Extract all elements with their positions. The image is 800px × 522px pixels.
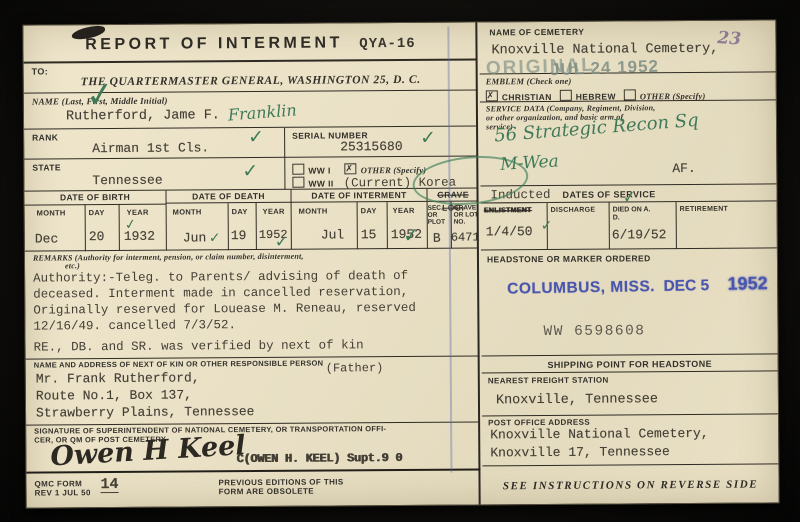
to-value: THE QUARTERMASTER GENERAL, WASHINGTON 25… — [24, 73, 478, 88]
dates-of-service-header: DATES OF SERVICE — [562, 189, 655, 200]
dates-table: DATE OF BIRTH DATE OF DEATH DATE OF INTE… — [24, 188, 478, 251]
service-handwritten-line2: M-Wea — [500, 152, 559, 173]
post-office-section: POST OFFICE ADDRESS Knoxville National C… — [482, 414, 778, 466]
state-label: STATE — [32, 162, 61, 172]
enlistment-value: 1/4/50 — [486, 224, 533, 239]
kin-line: Strawberry Plains, Tennessee — [36, 404, 255, 421]
grave-no-label: GRAVE OR LOT NO. — [454, 204, 479, 225]
interment-day-label: DAY — [361, 207, 377, 216]
interment-header: DATE OF INTERMENT — [290, 189, 426, 203]
enlistment-label: ENLISTMENT — [484, 207, 532, 216]
headstone-section: HEADSTONE OR MARKER ORDERED WW 6598608 — [481, 248, 778, 356]
emblem-label: EMBLEM (Check one) — [486, 76, 572, 87]
died-on-ad-value: 6/19/52 — [612, 227, 667, 242]
next-of-kin-section: NAME AND ADDRESS OF NEXT OF KIN OR OTHER… — [26, 356, 480, 425]
death-year-value: 1952 — [259, 228, 288, 243]
remarks-line: Originally reserved for Louease M. Renea… — [33, 301, 416, 318]
shipping-header: SHIPPING POINT FOR HEADSTONE — [482, 358, 778, 370]
freight-station-value: Knoxville, Tennessee — [496, 392, 658, 408]
birth-month-label: MONTH — [37, 209, 66, 218]
form-code: QYA-16 — [359, 36, 416, 52]
form-footer: QMC FORM REV 1 JUL 50 14 PREVIOUS EDITIO… — [26, 470, 480, 507]
rank-value: Airman 1st Cls. — [92, 140, 209, 156]
serial-value: 25315680 — [340, 139, 403, 154]
inducted-typed-annotation: Inducted — [490, 188, 550, 203]
grave-loc-header: GRAVE LOC. — [426, 188, 478, 201]
emblem-section: EMBLEM (Check one) ✗CHRISTIAN✗HEBREW✗OTH… — [480, 72, 776, 102]
rank-serial-divider — [284, 128, 285, 158]
name-value: Rutherford, Jame F. — [66, 108, 220, 124]
state-value: Tennessee — [92, 173, 162, 188]
headstone-order-number: WW 6598608 — [543, 323, 645, 340]
interment-year-label: YEAR — [393, 207, 415, 216]
name-row: NAME (Last, First, Middle Initial) Ruthe… — [24, 90, 478, 129]
freight-station-section: NEAREST FREIGHT STATION Knoxville, Tenne… — [482, 371, 778, 416]
freight-station-label: NEAREST FREIGHT STATION — [488, 376, 609, 387]
shipping-header-row: SHIPPING POINT FOR HEADSTONE — [482, 354, 778, 373]
stamp-day: DEC 5 — [663, 277, 709, 295]
discharge-label: DISCHARGE — [551, 207, 596, 216]
christian-label: CHRISTIAN — [502, 92, 552, 102]
interment-form-document: REPORT OF INTERMENT QYA-16 TO: THE QUART… — [22, 19, 779, 508]
ww2-checkbox: ✗ — [292, 177, 304, 188]
interment-day-value: 15 — [361, 227, 377, 242]
service-branch-value: AF. — [672, 161, 696, 176]
death-month-value: Jun — [183, 230, 207, 245]
grave-no-value: 6471 — [451, 230, 480, 245]
retirement-label: RETIREMENT — [680, 206, 729, 215]
right-column: NAME OF CEMETERY Knoxville National Ceme… — [479, 20, 778, 504]
obsolete-note-line2: FORM ARE OBSOLETE — [219, 487, 314, 498]
remarks-line: Authority:-Teleg. to Parents/ advising o… — [33, 269, 408, 286]
hebrew-label: HEBREW — [576, 91, 616, 101]
kin-line: Route No.1, Box 137, — [36, 387, 192, 403]
cemetery-value: Knoxville National Cemetery, — [491, 42, 718, 59]
interment-month-label: MONTH — [299, 208, 328, 217]
kin-relation: (Father) — [326, 361, 384, 375]
stamp-year: 1952 — [727, 273, 767, 294]
rank-label: RANK — [32, 132, 58, 142]
remarks-verification: RE., DB. and SR. was verified by next of… — [34, 338, 364, 354]
state-war-divider — [284, 158, 285, 190]
birth-day-value: 20 — [89, 229, 105, 244]
name-handwritten-annotation: Franklin — [227, 101, 297, 124]
remarks-line: deceased. Interment made in cancelled re… — [33, 285, 408, 302]
form-title: REPORT OF INTERMENT — [85, 34, 343, 53]
remarks-label-2: etc.) — [65, 261, 80, 271]
cemetery-label: NAME OF CEMETERY — [489, 27, 584, 38]
left-column: REPORT OF INTERMENT QYA-16 TO: THE QUART… — [23, 22, 480, 507]
death-day-value: 19 — [231, 228, 247, 243]
to-label: TO: — [32, 66, 49, 76]
death-month-label: MONTH — [173, 208, 202, 217]
grave-sec-value: B — [433, 231, 441, 246]
rank-serial-row: RANK Airman 1st Cls. SERIAL NUMBER 25315… — [24, 126, 478, 159]
remarks-section: REMARKS (Authority for interment, pensio… — [25, 248, 480, 359]
name-label: NAME (Last, First, Middle Initial) — [32, 96, 168, 107]
state-war-row: STATE Tennessee ✗WW I✗OTHER (Specify) ✗W… — [24, 156, 478, 191]
kin-line: Mr. Frank Rutherford, — [36, 370, 200, 386]
remarks-line: 12/16/49. cancelled 7/3/52. — [33, 318, 236, 333]
death-day-label: DAY — [232, 208, 248, 217]
grave-sec-label: SEC. OR PLOT — [428, 205, 451, 226]
form-id-line2: REV 1 JUL 50 — [35, 488, 91, 498]
birth-header: DATE OF BIRTH — [24, 191, 165, 206]
instructions-note: SEE INSTRUCTIONS ON REVERSE SIDE — [483, 478, 779, 492]
signature-typed: C(OWEN H. KEEL) Supt.9 0 — [236, 451, 402, 466]
birth-year-label: YEAR — [127, 209, 149, 218]
birth-year-value: 1932 — [124, 229, 155, 244]
died-on-ad-label: DIED ON A. D. — [613, 206, 659, 222]
form-number: 14 — [100, 477, 118, 493]
christian-checkbox: ✗ — [486, 90, 498, 101]
death-year-label: YEAR — [263, 208, 285, 217]
birth-day-label: DAY — [89, 209, 105, 218]
other-emblem-checkbox: ✗ — [624, 89, 636, 100]
other-emblem-label: OTHER (Specify) — [640, 91, 706, 101]
interment-month-value: Jul — [321, 227, 345, 242]
stamp-place: COLUMBUS, MISS. — [507, 278, 655, 298]
interment-year-value: 1952 — [391, 227, 422, 242]
post-office-line: Knoxville National Cemetery, — [490, 426, 709, 443]
post-office-line: Knoxville 17, Tennessee — [490, 444, 670, 460]
headstone-label: HEADSTONE OR MARKER ORDERED — [487, 253, 651, 264]
death-header: DATE OF DEATH — [165, 190, 290, 204]
to-row: TO: THE QUARTERMASTER GENERAL, WASHINGTO… — [24, 60, 478, 93]
instructions-row: SEE INSTRUCTIONS ON REVERSE SIDE — [482, 464, 778, 504]
hebrew-checkbox: ✗ — [560, 90, 572, 101]
kin-label: NAME AND ADDRESS OF NEXT OF KIN OR OTHER… — [34, 360, 324, 371]
pencil-page-number: 23 — [717, 28, 742, 49]
signature-section: SIGNATURE OF SUPERINTENDENT OF NATIONAL … — [26, 422, 480, 473]
ww2-label: WW II — [308, 178, 333, 188]
birth-month-value: Dec — [35, 231, 59, 246]
dates-of-service-section: Inducted DATES OF SERVICE ENLISTMENT DIS… — [480, 184, 776, 250]
